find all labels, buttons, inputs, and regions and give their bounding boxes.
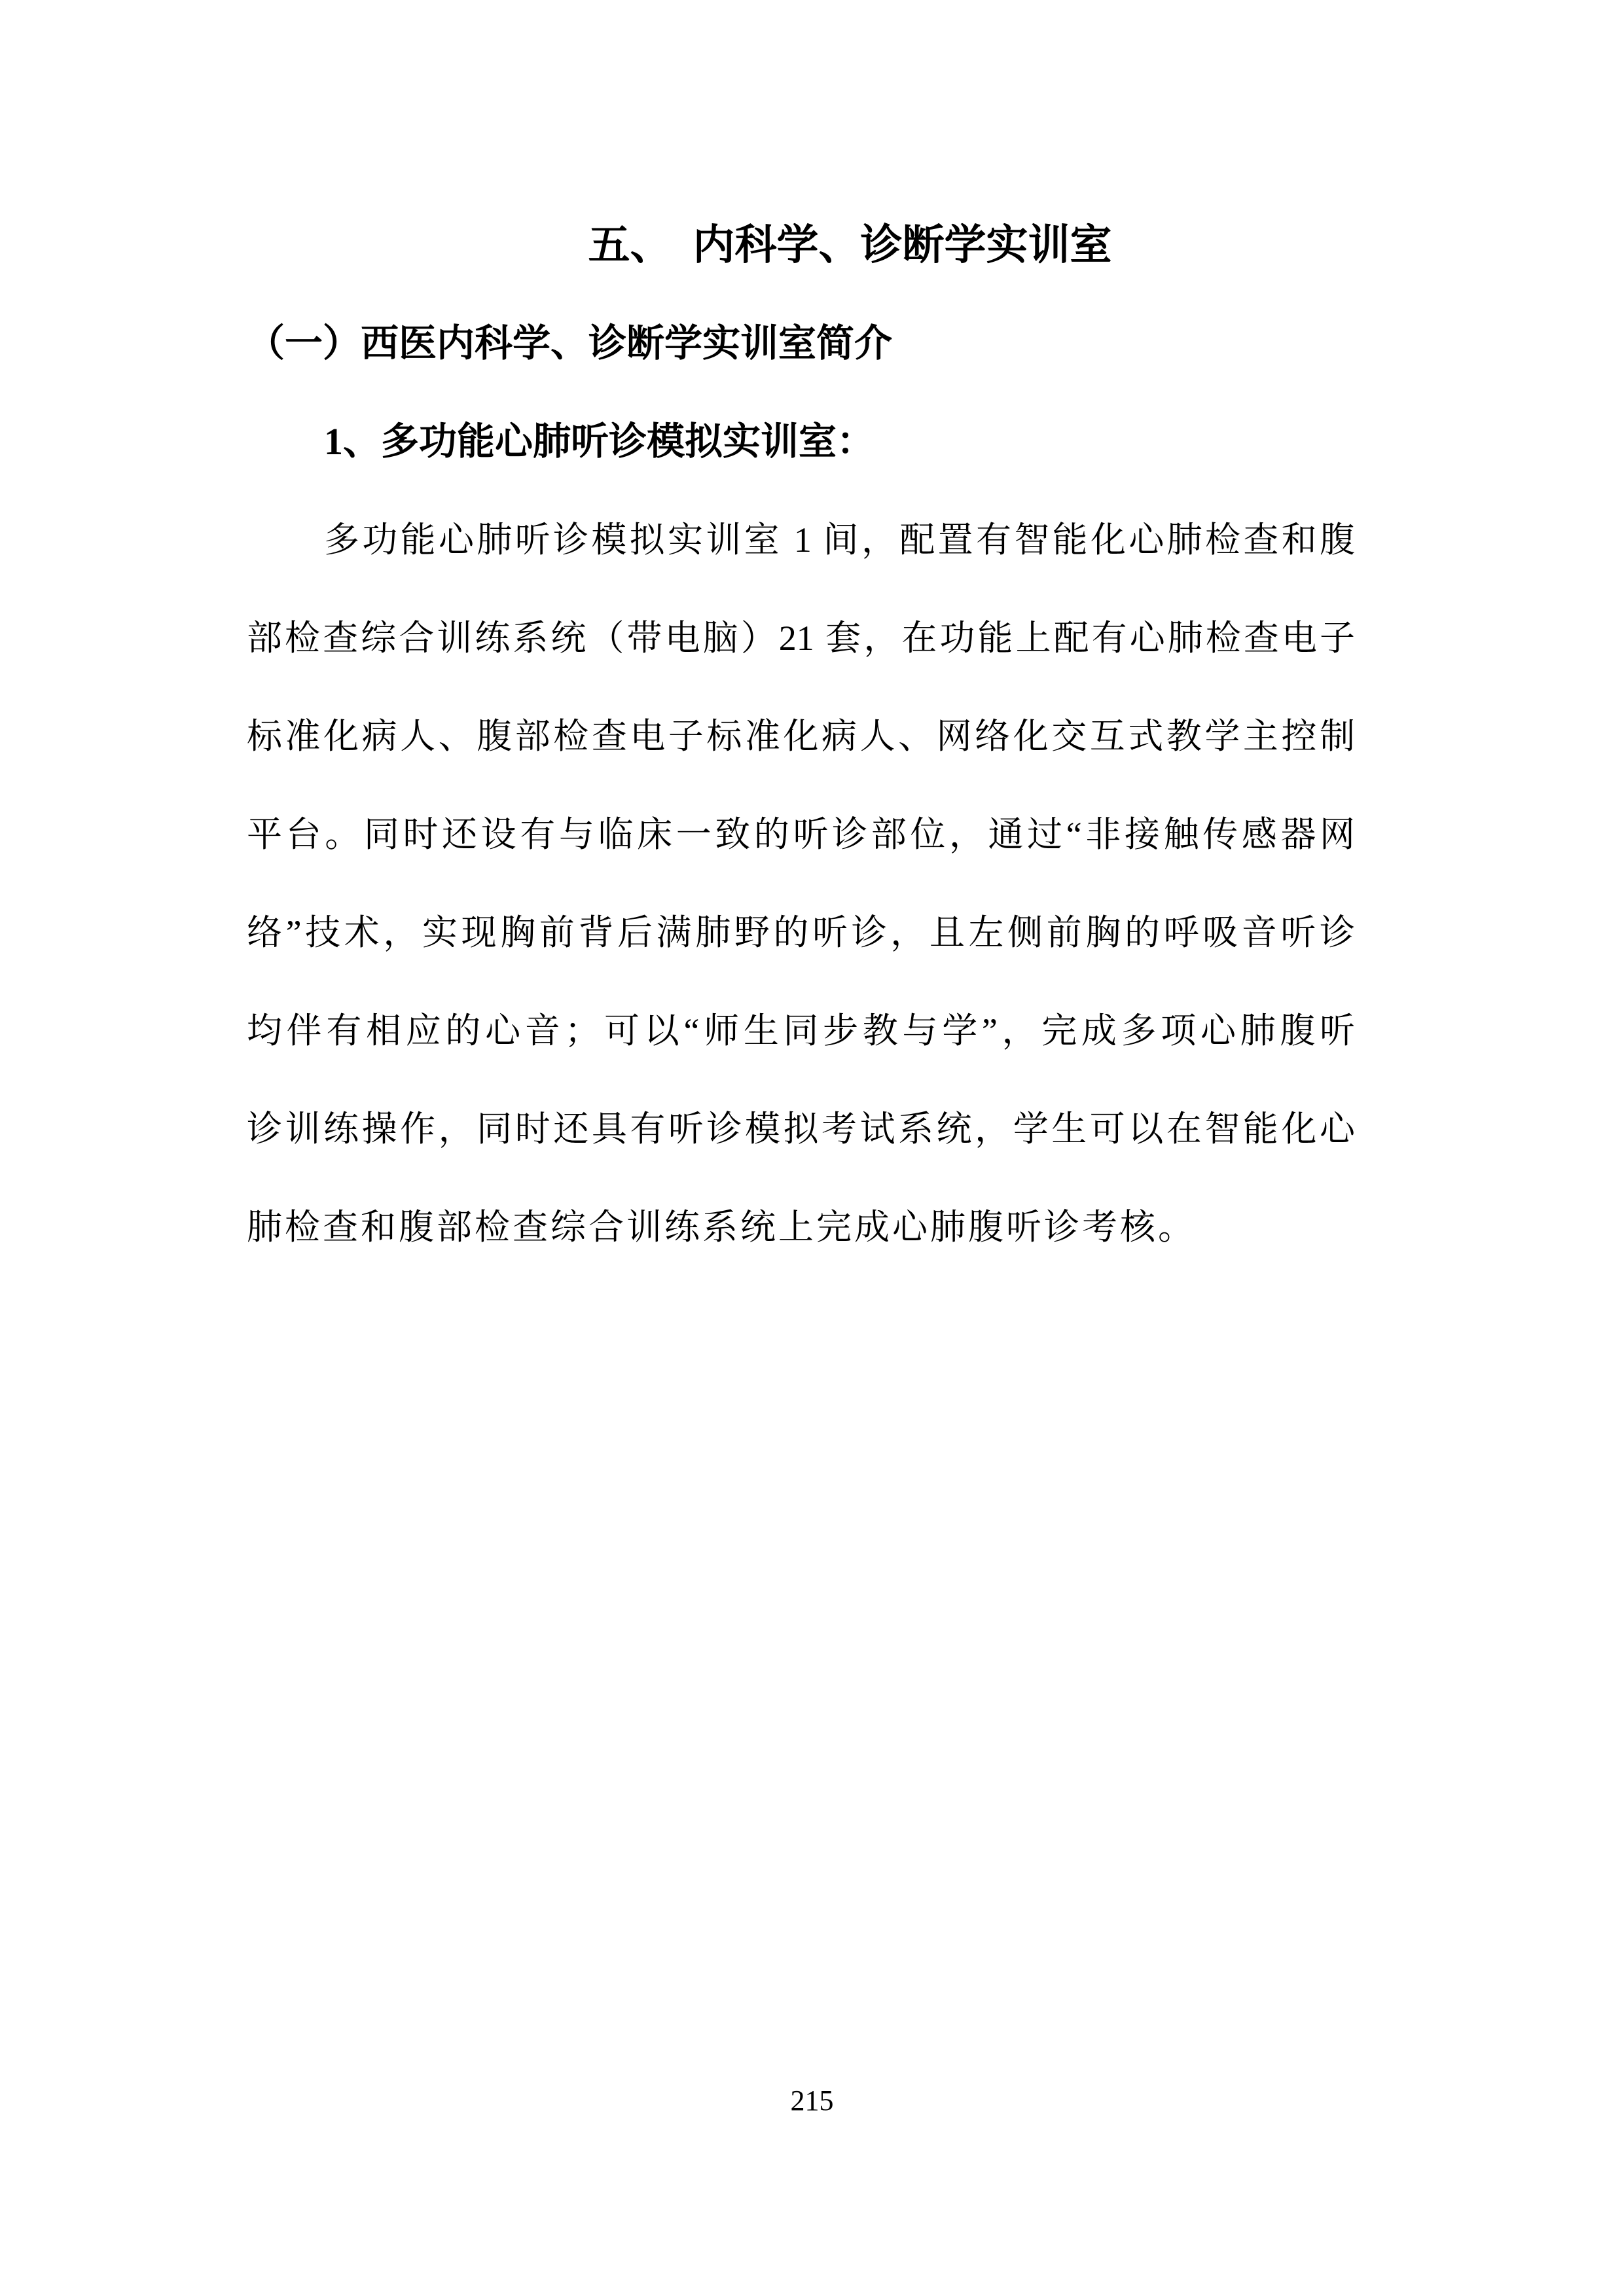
document-page: 五、 内科学、诊断学实训室 （一）西医内科学、诊断学实训室简介 1、多功能心肺听… [0,0,1624,2296]
paragraph-line: 标准化病人、腹部检查电子标准化病人、网络化交互式教学主控制 [247,687,1355,785]
page-title: 五、 内科学、诊断学实训室 [247,196,1355,295]
paragraph-line: 诊训练操作，同时还具有听诊模拟考试系统，学生可以在智能化心 [247,1080,1355,1178]
paragraph-line: 络”技术，实现胸前背后满肺野的听诊，且左侧前胸的呼吸音听诊 [247,884,1355,982]
paragraph-line: 平台。同时还设有与临床一致的听诊部位，通过“非接触传感器网 [247,785,1355,884]
paragraph-line: 肺检查和腹部检查综合训练系统上完成心肺腹听诊考核。 [247,1178,1355,1276]
document-content: 五、 内科学、诊断学实训室 （一）西医内科学、诊断学实训室简介 1、多功能心肺听… [247,196,1355,1276]
paragraph-line: 部检查综合训练系统（带电脑）21 套，在功能上配有心肺检查电子 [247,589,1355,687]
paragraph-line: 均伴有相应的心音；可以“师生同步教与学”，完成多项心肺腹听 [247,982,1355,1080]
paragraph: 多功能心肺听诊模拟实训室 1 间，配置有智能化心肺检查和腹 部检查综合训练系统（… [247,491,1355,1276]
paragraph-line: 多功能心肺听诊模拟实训室 1 间，配置有智能化心肺检查和腹 [247,491,1355,589]
subsection-heading: 1、多功能心肺听诊模拟实训室： [247,393,1355,491]
page-number: 215 [0,2087,1624,2115]
section-heading: （一）西医内科学、诊断学实训室简介 [247,295,1355,393]
